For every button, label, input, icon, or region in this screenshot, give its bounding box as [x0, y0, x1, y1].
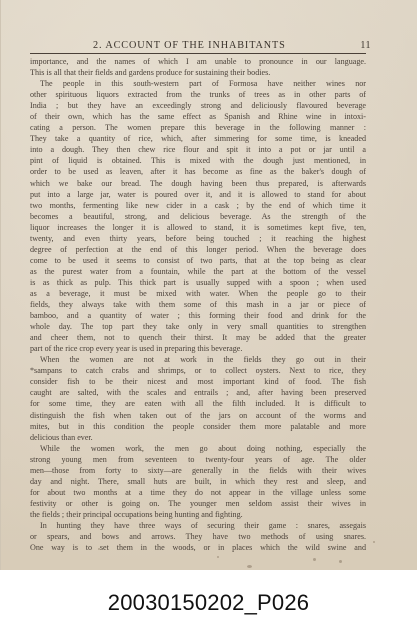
text-line: festivity or other is going on. The youn…	[30, 498, 366, 509]
text-line: pint of liquid is obtained. This is mixe…	[30, 155, 366, 166]
paper-speck	[217, 556, 219, 558]
text-line: India ; but they have an exceedingly str…	[30, 100, 366, 111]
header-rule	[30, 53, 366, 54]
text-line: of their own, which has the same effect …	[30, 111, 366, 122]
text-line: bamboo, and a quantity of water ; this f…	[30, 310, 366, 321]
text-line: strong young men from seventeen to twent…	[30, 454, 366, 465]
paper-speck	[373, 541, 375, 543]
text-line: mites, but in this condition the people …	[30, 421, 366, 432]
text-line: order to be used as leaven, after it has…	[30, 166, 366, 177]
paper-speck	[339, 560, 342, 563]
text-line: The people in this south-western part of…	[30, 78, 366, 89]
text-line: for about two months at a time they do n…	[30, 487, 366, 498]
text-line: men—those from forty to sixty—are genera…	[30, 465, 366, 476]
text-line: caught are salted, with the scales and e…	[30, 387, 366, 398]
page-number: 11	[360, 40, 371, 51]
text-line: liquor increases the longer it is allowe…	[30, 222, 366, 233]
body-text: importance, and the names of which I am …	[30, 56, 366, 553]
text-line: whole day. The top part they take only i…	[30, 321, 366, 332]
text-line: part of the rice crop every year is used…	[30, 343, 366, 354]
scanned-book-page: 2. ACCOUNT OF THE INHABITANTS 11 importa…	[0, 0, 417, 570]
text-line: cating a person. The women prepare this …	[30, 122, 366, 133]
text-line: come to be used it seems to consist of t…	[30, 255, 366, 266]
text-line: is as thick as pulp. This thick part is …	[30, 277, 366, 288]
text-line: In hunting they have three ways of secur…	[30, 520, 366, 531]
text-line: day and night. There, small huts are bui…	[30, 476, 366, 487]
text-line: While the women work, the men go about d…	[30, 443, 366, 454]
paper-speck	[98, 548, 100, 550]
paper-speck	[313, 558, 316, 561]
text-line: When the women are not at work in the fi…	[30, 354, 366, 365]
text-line: fields, they always take with them some …	[30, 299, 366, 310]
text-line: One way is to set them in the woods, or …	[30, 542, 366, 553]
text-line: or spears, and bows and arrows. They hav…	[30, 531, 366, 542]
text-line: They take a quantity of rice, which, aft…	[30, 133, 366, 144]
text-line: *sampans to catch crabs and shrimps, or …	[30, 365, 366, 376]
text-line: delicious than ever.	[30, 432, 366, 443]
text-line: consider fish to be their nicest and mos…	[30, 376, 366, 387]
text-line: This is all that their fields and garden…	[30, 67, 366, 78]
text-line: into a dough. They then chew rice flour …	[30, 144, 366, 155]
text-line: other spirituous liquors extracted from …	[30, 89, 366, 100]
text-line: which we bake our bread. The dough havin…	[30, 178, 366, 189]
text-line: the fields ; their principal occupations…	[30, 509, 366, 520]
text-line: as the purest water from a fountain, whi…	[30, 266, 366, 277]
text-line: distinguish the fish when taken out of t…	[30, 410, 366, 421]
text-line: twenty, and even thirty years, before be…	[30, 233, 366, 244]
text-line: importance, and the names of which I am …	[30, 56, 366, 67]
text-line: as a beverage, it must be mixed with wat…	[30, 288, 366, 299]
text-line: put into a large jar, water is poured ov…	[30, 189, 366, 200]
text-line: becomes a beautiful, strong, and delicio…	[30, 211, 366, 222]
paper-speck	[247, 565, 252, 568]
text-line: degree of perfection at the end of this …	[30, 244, 366, 255]
text-line: two months, fermenting like new cider in…	[30, 200, 366, 211]
text-line: and cheer them, not to quench their thir…	[30, 332, 366, 343]
image-id-caption: 20030150202_P026	[0, 590, 417, 616]
running-header: 2. ACCOUNT OF THE INHABITANTS 11	[30, 40, 366, 54]
text-line: for some time, they are eaten with all t…	[30, 398, 366, 409]
chapter-title: 2. ACCOUNT OF THE INHABITANTS	[93, 40, 286, 51]
